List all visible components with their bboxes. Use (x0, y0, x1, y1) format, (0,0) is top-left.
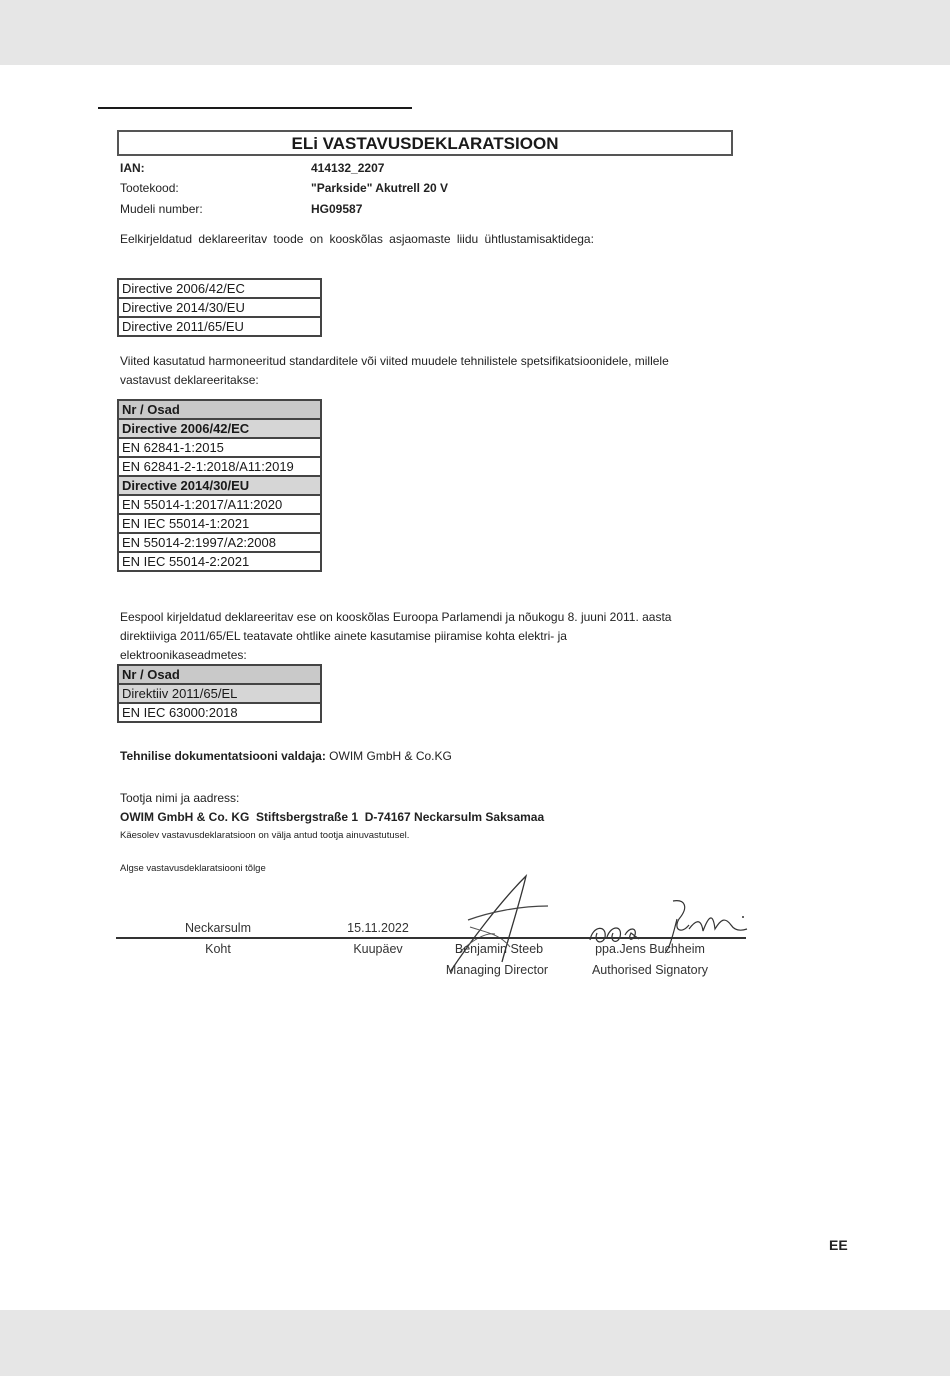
viewer-bottom-margin (0, 1310, 950, 1376)
table-cell: EN 55014-2:1997/A2:2008 (118, 533, 321, 552)
product-code-value: "Parkside" Akutrell 20 V (311, 181, 448, 195)
rohs-table: Nr / OsadDirektiiv 2011/65/ELEN IEC 6300… (117, 664, 322, 723)
translation-note: Algse vastavusdeklaratsiooni tõlge (120, 859, 266, 878)
table-row: Directive 2006/42/EC (118, 279, 321, 298)
viewer-top-margin (0, 0, 950, 65)
table-row: EN 55014-1:2017/A11:2020 (118, 495, 321, 514)
document-title: ELi VASTAVUSDEKLARATSIOON (117, 130, 733, 156)
page-language-code: EE (829, 1237, 848, 1253)
date-value: 15.11.2022 (336, 921, 420, 935)
table-cell: EN 62841-2-1:2018/A11:2019 (118, 457, 321, 476)
product-code-label: Tootekood: (120, 181, 179, 195)
table-group-row: Direktiiv 2011/65/EL (118, 684, 321, 703)
table-cell: Nr / Osad (118, 665, 321, 684)
tech-doc-label: Tehnilise dokumentatsiooni valdaja: (120, 749, 326, 763)
table-cell: EN 55014-1:2017/A11:2020 (118, 495, 321, 514)
rohs-line: direktiiviga 2011/65/EL teatavate ohtlik… (120, 627, 671, 646)
directives-table: Directive 2006/42/EC Directive 2014/30/E… (117, 278, 322, 337)
tech-doc-value: OWIM GmbH & Co.KG (329, 749, 452, 763)
table-row: Directive 2011/65/EU (118, 317, 321, 336)
standards-intro-line: Viited kasutatud harmoneeritud standardi… (120, 352, 669, 371)
ian-label: IAN: (120, 161, 145, 175)
standards-intro-line: vastavust deklareeritakse: (120, 371, 669, 390)
model-number-value: HG09587 (311, 202, 362, 216)
table-cell: EN 62841-1:2015 (118, 438, 321, 457)
table-group-row: Directive 2014/30/EU (118, 476, 321, 495)
table-cell: EN IEC 55014-1:2021 (118, 514, 321, 533)
rohs-line: elektroonikaseadmetes: (120, 646, 671, 665)
standards-table: Nr / OsadDirective 2006/42/ECEN 62841-1:… (117, 399, 322, 572)
signer2-title: Authorised Signatory (587, 963, 713, 977)
directive-cell: Directive 2006/42/EC (118, 279, 321, 298)
table-row: EN 62841-1:2015 (118, 438, 321, 457)
table-row: EN IEC 55014-2:2021 (118, 552, 321, 571)
place-label: Koht (176, 942, 260, 956)
manufacturer-address: OWIM GmbH & Co. KG Stiftsbergstraße 1 D-… (120, 808, 544, 827)
table-cell: Direktiiv 2011/65/EL (118, 684, 321, 703)
table-cell: Directive 2014/30/EU (118, 476, 321, 495)
signer1-name: Benjamin Steeb (444, 942, 554, 956)
directive-cell: Directive 2011/65/EU (118, 317, 321, 336)
table-cell: Nr / Osad (118, 400, 321, 419)
table-group-row: Directive 2006/42/EC (118, 419, 321, 438)
responsibility-note: Käesolev vastavusdeklaratsioon on välja … (120, 826, 409, 845)
tech-doc-line: Tehnilise dokumentatsiooni valdaja: OWIM… (120, 747, 452, 766)
directive-cell: Directive 2014/30/EU (118, 298, 321, 317)
table-cell: EN IEC 63000:2018 (118, 703, 321, 722)
manufacturer-label: Tootja nimi ja aadress: (120, 789, 239, 808)
signer1-title: Managing Director (440, 963, 554, 977)
table-cell: Directive 2006/42/EC (118, 419, 321, 438)
table-row: EN 62841-2-1:2018/A11:2019 (118, 457, 321, 476)
table-row: EN 55014-2:1997/A2:2008 (118, 533, 321, 552)
table-row: Directive 2014/30/EU (118, 298, 321, 317)
rohs-line: Eespool kirjeldatud deklareeritav ese on… (120, 608, 671, 627)
table-header-row: Nr / Osad (118, 400, 321, 419)
signer2-name: ppa.Jens Buchheim (587, 942, 713, 956)
model-number-label: Mudeli number: (120, 202, 203, 216)
standards-intro: Viited kasutatud harmoneeritud standardi… (120, 352, 669, 390)
table-row: EN IEC 63000:2018 (118, 703, 321, 722)
signature-rule (116, 937, 746, 939)
place-value: Neckarsulm (176, 921, 260, 935)
intro-text: Eelkirjeldatud deklareeritav toode on ko… (120, 230, 594, 249)
ian-value: 414132_2207 (311, 161, 384, 175)
date-label: Kuupäev (336, 942, 420, 956)
rohs-text: Eespool kirjeldatud deklareeritav ese on… (120, 608, 671, 665)
header-rule (98, 107, 412, 109)
table-header-row: Nr / Osad (118, 665, 321, 684)
table-row: EN IEC 55014-1:2021 (118, 514, 321, 533)
table-cell: EN IEC 55014-2:2021 (118, 552, 321, 571)
